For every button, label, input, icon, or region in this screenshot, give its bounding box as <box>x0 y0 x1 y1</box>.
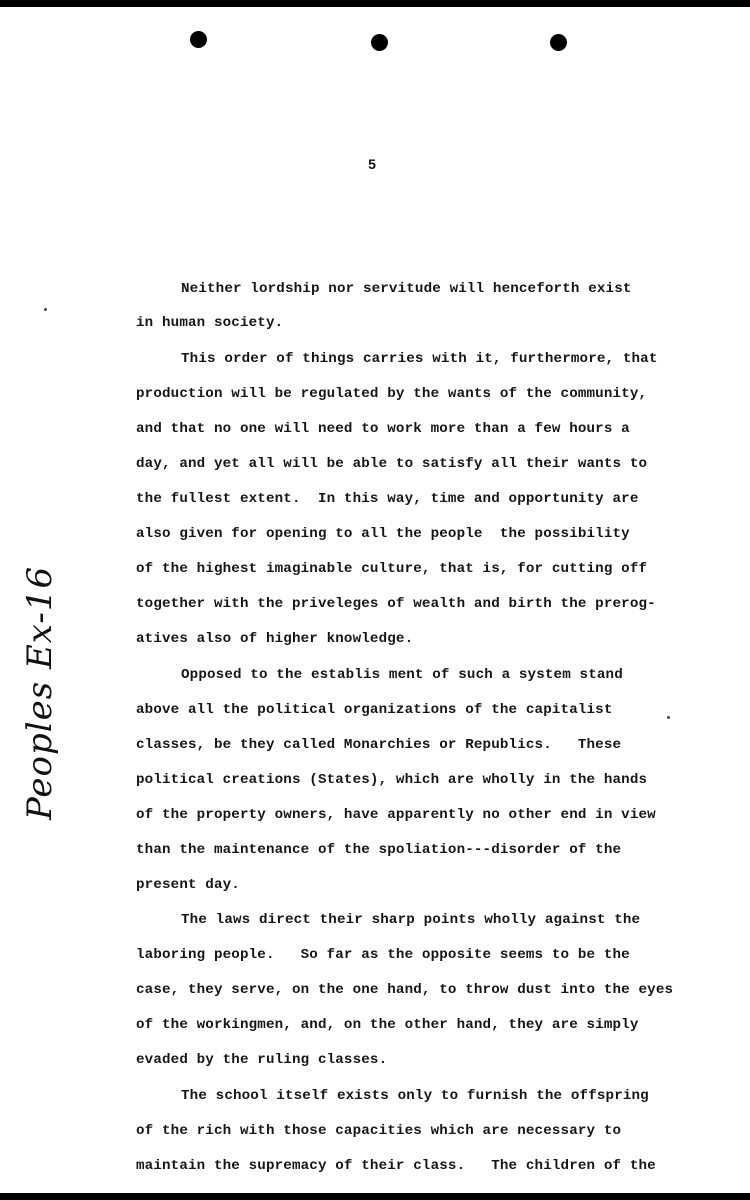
text-line: day, and yet all will be able to satisfy… <box>136 456 647 472</box>
text-line: Opposed to the establis ment of such a s… <box>181 667 623 683</box>
punch-hole-left <box>190 31 207 48</box>
text-line: political creations (States), which are … <box>136 772 647 788</box>
text-line: of the rich with those capacities which … <box>136 1123 621 1139</box>
text-line: maintain the supremacy of their class. T… <box>136 1158 656 1174</box>
text-line: The school itself exists only to furnish… <box>181 1088 649 1104</box>
text-line: present day. <box>136 877 240 893</box>
scan-border-bottom <box>0 1193 750 1200</box>
margin-handwritten-annotation: Peoples Ex-16 <box>20 566 60 820</box>
text-line: of the property owners, have apparently … <box>136 807 656 823</box>
scan-speck <box>44 308 47 311</box>
text-line: and that no one will need to work more t… <box>136 421 630 437</box>
text-line: This order of things carries with it, fu… <box>181 351 658 367</box>
text-line: case, they serve, on the one hand, to th… <box>136 982 673 998</box>
text-line: Neither lordship nor servitude will henc… <box>181 281 632 297</box>
text-line: of the workingmen, and, on the other han… <box>136 1017 639 1033</box>
text-line: together with the priveleges of wealth a… <box>136 596 656 612</box>
text-line: above all the political organizations of… <box>136 702 613 718</box>
text-line: the fullest extent. In this way, time an… <box>136 491 639 507</box>
text-line: The laws direct their sharp points wholl… <box>181 912 640 928</box>
text-line: of the highest imaginable culture, that … <box>136 561 647 577</box>
punch-hole-right <box>550 34 567 51</box>
text-line: evaded by the ruling classes. <box>136 1052 387 1068</box>
punch-hole-center <box>371 34 388 51</box>
scan-border-top <box>0 0 750 7</box>
scan-speck <box>667 716 670 719</box>
text-line: classes, be they called Monarchies or Re… <box>136 737 621 753</box>
text-line: production will be regulated by the want… <box>136 386 647 402</box>
page-number: 5 <box>362 156 382 172</box>
text-line: atives also of higher knowledge. <box>136 631 413 647</box>
text-line: laboring people. So far as the opposite … <box>136 947 630 963</box>
text-line: also given for opening to all the people… <box>136 526 630 542</box>
text-line: than the maintenance of the spoliation--… <box>136 842 621 858</box>
text-line: in human society. <box>136 315 283 331</box>
